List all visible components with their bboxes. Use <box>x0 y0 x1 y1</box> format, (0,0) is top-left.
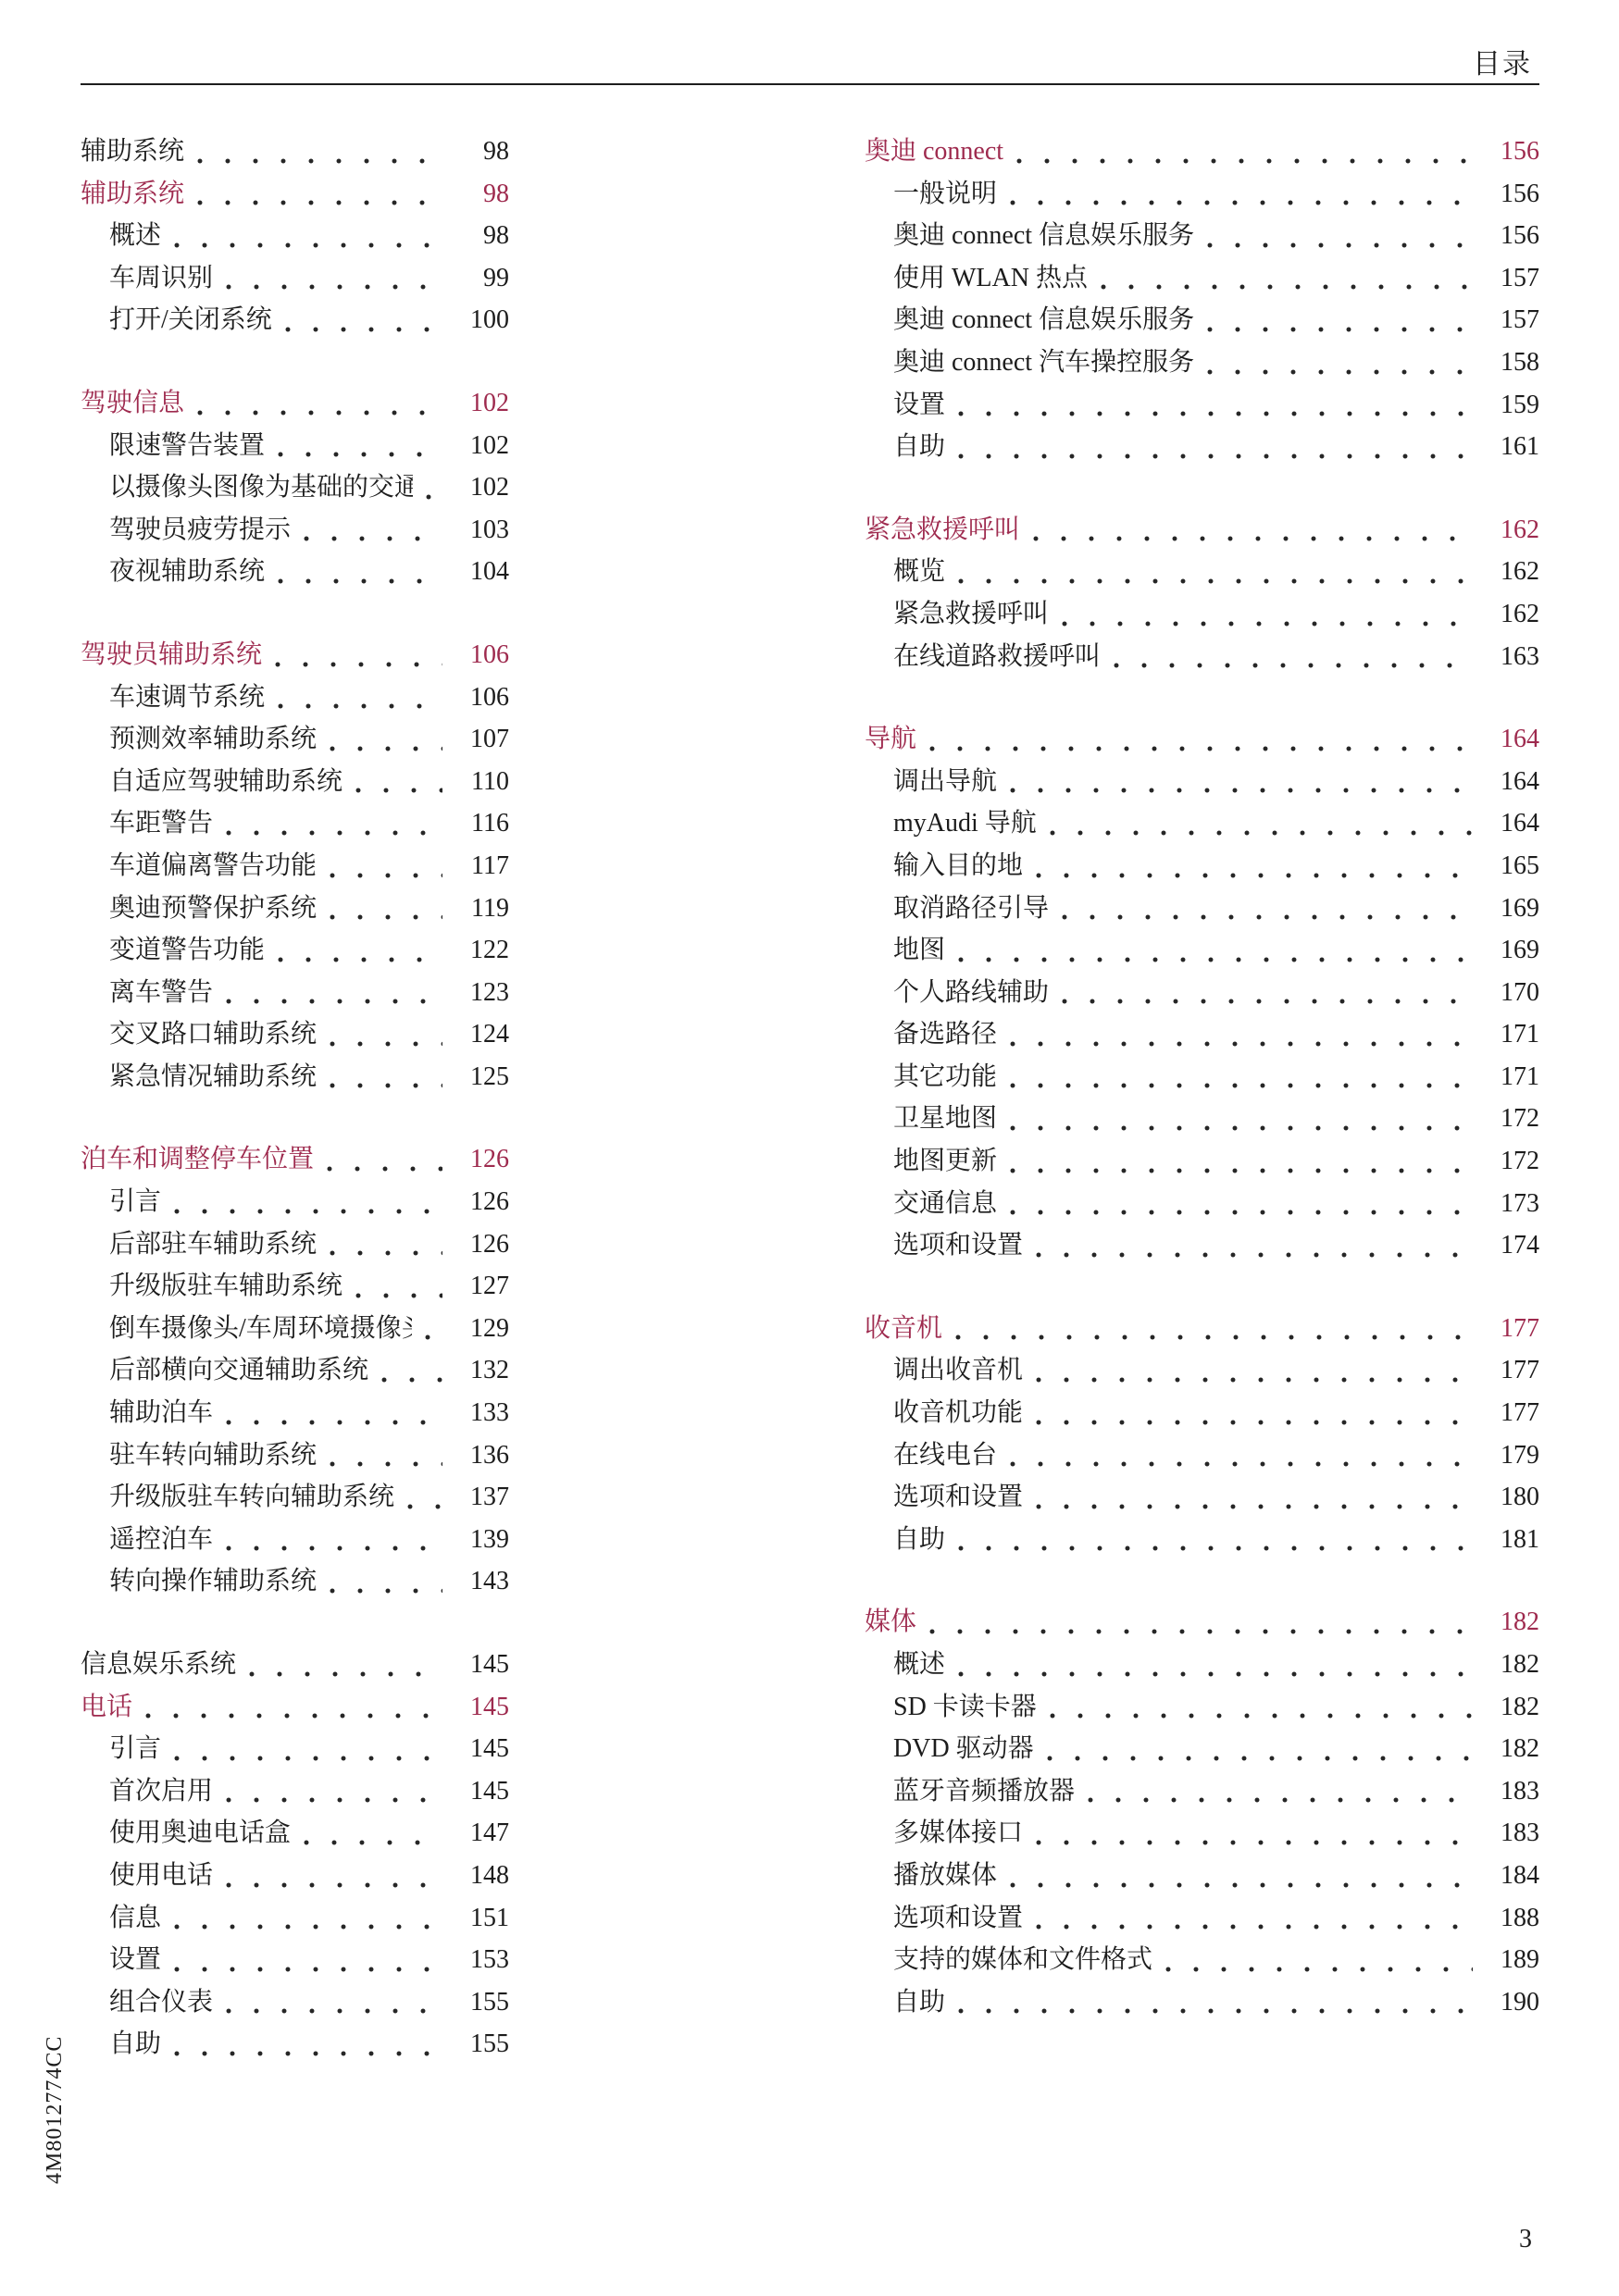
toc-entry: 车道偏离警告功能117 <box>81 845 509 887</box>
dot-leader <box>278 452 442 457</box>
dot-leader <box>1036 1252 1473 1258</box>
dot-leader <box>174 1924 442 1930</box>
toc-entry-label: 转向操作辅助系统 <box>109 1560 317 1603</box>
toc-entry-page: 183 <box>1482 1812 1539 1855</box>
dot-leader <box>1010 1210 1473 1215</box>
toc-entry-label: 概述 <box>893 1644 945 1686</box>
toc-entry: 支持的媒体和文件格式189 <box>865 1939 1539 1981</box>
toc-entry: 备选路径171 <box>865 1013 1539 1056</box>
toc-entry: DVD 驱动器182 <box>865 1728 1539 1770</box>
toc-entry-label: 车周识别 <box>109 257 213 300</box>
toc-entry: 倒车摄像头/车周环境摄像头129 <box>81 1308 509 1350</box>
toc-entry-page: 155 <box>452 2023 509 2066</box>
toc-entry: 引言145 <box>81 1728 509 1770</box>
toc-entry-page: 122 <box>452 929 509 972</box>
toc-entry: 自适应驾驶辅助系统110 <box>81 761 509 803</box>
toc-entry-label: 交通信息 <box>893 1183 997 1225</box>
dot-leader <box>226 1545 442 1551</box>
toc-entry-label: SD 卡读卡器 <box>893 1686 1037 1729</box>
toc-entry: 地图更新172 <box>865 1140 1539 1183</box>
toc-entry-page: 125 <box>452 1056 509 1098</box>
toc-entry: 驾驶信息102 <box>81 382 509 425</box>
toc-entry-page: 183 <box>1482 1770 1539 1813</box>
toc-entry: 设置153 <box>81 1939 509 1981</box>
toc-entry-label: 后部驻车辅助系统 <box>109 1223 317 1266</box>
toc-entry-page: 184 <box>1482 1855 1539 1897</box>
toc-entry-page: 145 <box>452 1728 509 1770</box>
toc-entry: 媒体182 <box>865 1601 1539 1644</box>
toc-entry-page: 145 <box>452 1644 509 1686</box>
dot-leader <box>330 746 442 751</box>
toc-entry: 变道警告功能122 <box>81 929 509 972</box>
toc-entry-page: 162 <box>1482 551 1539 593</box>
toc-entry-label: 选项和设置 <box>893 1476 1023 1519</box>
toc-entry: 奥迪 connect 汽车操控服务158 <box>865 341 1539 384</box>
toc-entry: 收音机功能177 <box>865 1392 1539 1434</box>
toc-entry-label: 驾驶信息 <box>81 382 184 425</box>
dot-leader <box>1033 536 1473 541</box>
toc-entry-page: 181 <box>1482 1519 1539 1561</box>
toc-entry: 在线道路救援呼叫163 <box>865 636 1539 678</box>
toc-entry-page: 159 <box>1482 384 1539 427</box>
dot-leader <box>1207 369 1473 375</box>
toc-entry: 自助181 <box>865 1519 1539 1561</box>
toc-entry: 引言126 <box>81 1181 509 1223</box>
toc-entry-label: 调出导航 <box>893 761 997 803</box>
toc-entry-page: 110 <box>452 761 509 803</box>
toc-entry-label: 自助 <box>893 1981 945 2024</box>
toc-entry-page: 147 <box>452 1812 509 1855</box>
toc-group: 媒体182概述182SD 卡读卡器182DVD 驱动器182蓝牙音频播放器183… <box>865 1601 1539 2023</box>
toc-entry-label: 使用电话 <box>109 1855 213 1897</box>
dot-leader <box>1050 830 1473 836</box>
toc-entry: 奥迪 connect156 <box>865 130 1539 173</box>
toc-entry: 播放媒体184 <box>865 1855 1539 1897</box>
toc-entry: 车速调节系统106 <box>81 676 509 719</box>
toc-entry-page: 188 <box>1482 1897 1539 1940</box>
toc-entry-page: 162 <box>1482 509 1539 552</box>
toc-entry-label: 信息娱乐系统 <box>81 1644 236 1686</box>
toc-entry-page: 99 <box>452 257 509 300</box>
toc-entry-page: 102 <box>452 425 509 467</box>
toc-group: 驾驶信息102限速警告装置102以摄像头图像为基础的交通标志识别102驾驶员疲劳… <box>81 382 509 593</box>
toc-column-right: 奥迪 connect156一般说明156奥迪 connect 信息娱乐服务156… <box>865 130 1539 2023</box>
toc-entry-page: 129 <box>452 1308 509 1350</box>
toc-entry: 车周识别99 <box>81 257 509 300</box>
dot-leader <box>1010 200 1473 205</box>
toc-entry: 离车警告123 <box>81 972 509 1014</box>
dot-leader <box>275 662 442 667</box>
dot-leader <box>1165 1967 1473 1972</box>
toc-entry-label: 限速警告装置 <box>109 425 265 467</box>
dot-leader <box>330 873 442 878</box>
dot-leader <box>304 1840 442 1845</box>
toc-entry-page: 172 <box>1482 1098 1539 1140</box>
toc-entry-label: 选项和设置 <box>893 1224 1023 1267</box>
dot-leader <box>1114 663 1473 668</box>
toc-entry: 交通信息173 <box>865 1183 1539 1225</box>
toc-entry: 自助155 <box>81 2023 509 2066</box>
dot-leader <box>197 410 442 416</box>
toc-entry: 其它功能171 <box>865 1056 1539 1098</box>
dot-leader <box>958 578 1473 584</box>
toc-entry-page: 151 <box>452 1897 509 1940</box>
toc-entry-page: 174 <box>1482 1224 1539 1267</box>
toc-entry: 以摄像头图像为基础的交通标志识别102 <box>81 466 509 509</box>
toc-entry-page: 127 <box>452 1265 509 1308</box>
toc-entry-label: 地图 <box>893 929 945 972</box>
toc-entry: 使用 WLAN 热点157 <box>865 257 1539 300</box>
toc-entry-label: 概述 <box>109 215 161 257</box>
toc-entry-label: 引言 <box>109 1728 161 1770</box>
toc-entry-page: 170 <box>1482 972 1539 1014</box>
dot-leader <box>174 1967 442 1972</box>
toc-entry-label: 地图更新 <box>893 1140 997 1183</box>
toc-entry-label: 使用奥迪电话盒 <box>109 1812 291 1855</box>
toc-entry-label: 紧急救援呼叫 <box>893 593 1049 636</box>
toc-entry-label: 奥迪 connect <box>865 130 1003 173</box>
toc-entry: 驾驶员疲劳提示103 <box>81 509 509 552</box>
toc-entry-page: 189 <box>1482 1939 1539 1981</box>
toc-entry-label: 辅助泊车 <box>109 1392 213 1434</box>
toc-group: 辅助系统98辅助系统98概述98车周识别99打开/关闭系统100 <box>81 130 509 341</box>
toc-entry-page: 180 <box>1482 1476 1539 1519</box>
dot-leader <box>958 957 1473 962</box>
toc-entry: SD 卡读卡器182 <box>865 1686 1539 1729</box>
dot-leader <box>304 536 442 541</box>
toc-entry-page: 145 <box>452 1770 509 1813</box>
toc-entry: 设置159 <box>865 384 1539 427</box>
toc-entry-label: 一般说明 <box>893 173 997 216</box>
toc-entry-label: 首次启用 <box>109 1770 213 1813</box>
dot-leader <box>1047 1756 1473 1761</box>
dot-leader <box>197 158 442 164</box>
toc-entry: 辅助系统98 <box>81 130 509 173</box>
toc-entry-page: 165 <box>1482 845 1539 887</box>
toc-entry-label: 驾驶员辅助系统 <box>81 634 262 676</box>
toc-entry-label: 信息 <box>109 1897 161 1940</box>
toc-entry: 地图169 <box>865 929 1539 972</box>
toc-entry-label: 收音机功能 <box>893 1392 1023 1434</box>
toc-entry-page: 132 <box>452 1349 509 1392</box>
toc-entry-label: 引言 <box>109 1181 161 1223</box>
dot-leader <box>407 1504 442 1509</box>
dot-leader <box>330 1083 442 1088</box>
toc-entry-page: 182 <box>1482 1686 1539 1729</box>
toc-page: 目录 辅助系统98辅助系统98概述98车周识别99打开/关闭系统100驾驶信息1… <box>0 0 1619 2296</box>
toc-entry-page: 98 <box>452 215 509 257</box>
toc-entry-page: 153 <box>452 1939 509 1981</box>
toc-entry-label: 播放媒体 <box>893 1855 997 1897</box>
toc-entry-page: 119 <box>452 887 509 930</box>
toc-entry-page: 155 <box>452 1981 509 2024</box>
toc-entry: myAudi 导航164 <box>865 802 1539 845</box>
dot-leader <box>958 1545 1473 1551</box>
toc-entry: 选项和设置174 <box>865 1224 1539 1267</box>
toc-entry-label: 使用 WLAN 热点 <box>893 257 1088 300</box>
toc-entry-page: 116 <box>452 802 509 845</box>
toc-entry: 奥迪 connect 信息娱乐服务157 <box>865 299 1539 341</box>
toc-entry: 概述182 <box>865 1644 1539 1686</box>
toc-entry-label: 交叉路口辅助系统 <box>109 1013 317 1056</box>
toc-entry-page: 164 <box>1482 761 1539 803</box>
toc-entry-page: 123 <box>452 972 509 1014</box>
toc-entry-label: 自助 <box>893 1519 945 1561</box>
toc-entry-page: 126 <box>452 1181 509 1223</box>
toc-entry: 选项和设置180 <box>865 1476 1539 1519</box>
dot-leader <box>929 746 1473 751</box>
toc-entry-label: 升级版驻车转向辅助系统 <box>109 1476 394 1519</box>
dot-leader <box>330 1588 442 1594</box>
toc-entry-label: 在线道路救援呼叫 <box>893 636 1101 678</box>
dot-leader <box>174 1209 442 1214</box>
toc-entry: 选项和设置188 <box>865 1897 1539 1940</box>
toc-entry-label: 倒车摄像头/车周环境摄像头 <box>109 1308 412 1350</box>
toc-entry-page: 102 <box>452 382 509 425</box>
dot-leader <box>1088 1797 1473 1803</box>
toc-entry-page: 177 <box>1482 1349 1539 1392</box>
toc-entry-label: 组合仪表 <box>109 1981 213 2024</box>
toc-entry: 紧急情况辅助系统125 <box>81 1056 509 1098</box>
dot-leader <box>355 1293 442 1298</box>
toc-entry: 辅助系统98 <box>81 173 509 216</box>
toc-entry-page: 136 <box>452 1434 509 1477</box>
toc-entry-label: 概览 <box>893 551 945 593</box>
toc-entry-page: 148 <box>452 1855 509 1897</box>
toc-entry-page: 102 <box>452 466 509 509</box>
toc-entry-page: 162 <box>1482 593 1539 636</box>
toc-group: 信息娱乐系统145电话145引言145首次启用145使用奥迪电话盒147使用电话… <box>81 1644 509 2066</box>
dot-leader <box>1010 788 1473 793</box>
dot-leader <box>327 1166 442 1172</box>
dot-leader <box>174 2051 442 2056</box>
dot-leader <box>958 1671 1473 1677</box>
dot-leader <box>278 578 442 584</box>
toc-entry-label: 紧急情况辅助系统 <box>109 1056 317 1098</box>
toc-entry: 概览162 <box>865 551 1539 593</box>
dot-leader <box>330 914 442 920</box>
toc-entry-label: 自适应驾驶辅助系统 <box>109 761 342 803</box>
toc-entry: 泊车和调整停车位置126 <box>81 1138 509 1181</box>
toc-entry-page: 164 <box>1482 718 1539 761</box>
dot-leader <box>1062 621 1473 627</box>
toc-entry-page: 100 <box>452 299 509 341</box>
toc-entry-page: 143 <box>452 1560 509 1603</box>
toc-entry-page: 169 <box>1482 887 1539 930</box>
toc-entry-label: 离车警告 <box>109 972 213 1014</box>
toc-entry: 输入目的地165 <box>865 845 1539 887</box>
toc-entry: 使用奥迪电话盒147 <box>81 1812 509 1855</box>
dot-leader <box>355 788 442 793</box>
dot-leader <box>1050 1713 1473 1719</box>
toc-group: 导航164调出导航164myAudi 导航164输入目的地165取消路径引导16… <box>865 718 1539 1267</box>
toc-entry-label: 设置 <box>893 384 945 427</box>
toc-entry-page: 145 <box>452 1686 509 1729</box>
page-title: 目录 <box>81 41 1532 81</box>
toc-entry-label: 预测效率辅助系统 <box>109 718 317 761</box>
toc-entry: 信息151 <box>81 1897 509 1940</box>
toc-entry-label: 升级版驻车辅助系统 <box>109 1265 342 1308</box>
toc-entry-label: 驻车转向辅助系统 <box>109 1434 317 1477</box>
toc-entry-label: 备选路径 <box>893 1013 997 1056</box>
toc-entry-label: 辅助系统 <box>81 173 184 216</box>
dot-leader <box>1036 873 1473 878</box>
toc-entry-page: 190 <box>1482 1981 1539 2024</box>
toc-entry-page: 133 <box>452 1392 509 1434</box>
toc-group: 泊车和调整停车位置126引言126后部驻车辅助系统126升级版驻车辅助系统127… <box>81 1138 509 1603</box>
toc-group: 驾驶员辅助系统106车速调节系统106预测效率辅助系统107自适应驾驶辅助系统1… <box>81 634 509 1098</box>
toc-entry: 紧急救援呼叫162 <box>865 509 1539 552</box>
toc-entry-page: 157 <box>1482 257 1539 300</box>
toc-entry: 后部驻车辅助系统126 <box>81 1223 509 1266</box>
dot-leader <box>1010 1168 1473 1173</box>
toc-entry-label: 取消路径引导 <box>893 887 1049 930</box>
dot-leader <box>958 411 1473 416</box>
toc-entry-label: 泊车和调整停车位置 <box>81 1138 314 1181</box>
dot-leader <box>1010 1041 1473 1047</box>
toc-entry-page: 98 <box>452 130 509 173</box>
toc-entry-label: 夜视辅助系统 <box>109 551 265 593</box>
toc-entry: 自助190 <box>865 1981 1539 2024</box>
toc-entry-label: 设置 <box>109 1939 161 1981</box>
toc-entry: 升级版驻车转向辅助系统137 <box>81 1476 509 1519</box>
toc-entry: 一般说明156 <box>865 173 1539 216</box>
dot-leader <box>1036 1840 1473 1845</box>
toc-entry: 遥控泊车139 <box>81 1519 509 1561</box>
toc-column-left: 辅助系统98辅助系统98概述98车周识别99打开/关闭系统100驾驶信息102限… <box>81 130 509 2066</box>
toc-entry-page: 164 <box>1482 802 1539 845</box>
toc-entry-label: 奥迪 connect 信息娱乐服务 <box>893 299 1194 341</box>
toc-entry-label: 多媒体接口 <box>893 1812 1023 1855</box>
toc-entry: 概述98 <box>81 215 509 257</box>
toc-entry: 驾驶员辅助系统106 <box>81 634 509 676</box>
toc-entry: 蓝牙音频播放器183 <box>865 1770 1539 1813</box>
toc-entry-page: 171 <box>1482 1056 1539 1098</box>
toc-entry-page: 172 <box>1482 1140 1539 1183</box>
page-number: 3 <box>81 2225 1532 2254</box>
document-code: 4M8012774CC <box>43 2036 68 2184</box>
dot-leader <box>425 1334 442 1340</box>
dot-leader <box>285 327 442 332</box>
toc-entry-page: 157 <box>1482 299 1539 341</box>
toc-entry-label: 自助 <box>893 426 945 468</box>
toc-entry-label: 奥迪 connect 汽车操控服务 <box>893 341 1194 384</box>
dot-leader <box>1207 327 1473 332</box>
dot-leader <box>1036 1924 1473 1930</box>
toc-entry: 奥迪 connect 信息娱乐服务156 <box>865 215 1539 257</box>
toc-entry: 夜视辅助系统104 <box>81 551 509 593</box>
toc-entry: 信息娱乐系统145 <box>81 1644 509 1686</box>
toc-entry: 驻车转向辅助系统136 <box>81 1434 509 1477</box>
toc-entry-label: 车速调节系统 <box>109 676 265 719</box>
toc-entry-page: 182 <box>1482 1601 1539 1644</box>
toc-entry: 调出收音机177 <box>865 1349 1539 1392</box>
dot-leader <box>1036 1504 1473 1509</box>
toc-entry: 交叉路口辅助系统124 <box>81 1013 509 1056</box>
toc-entry-page: 179 <box>1482 1434 1539 1477</box>
toc-entry: 辅助泊车133 <box>81 1392 509 1434</box>
toc-entry-label: 奥迪预警保护系统 <box>109 887 317 930</box>
toc-entry: 在线电台179 <box>865 1434 1539 1477</box>
dot-leader <box>278 957 442 962</box>
dot-leader <box>1207 242 1473 248</box>
dot-leader <box>929 1629 1473 1634</box>
dot-leader <box>174 242 442 248</box>
toc-entry-page: 156 <box>1482 173 1539 216</box>
toc-entry-page: 156 <box>1482 130 1539 173</box>
toc-entry-page: 169 <box>1482 929 1539 972</box>
dot-leader <box>1016 158 1473 164</box>
toc-entry-page: 106 <box>452 676 509 719</box>
toc-entry-page: 103 <box>452 509 509 552</box>
dot-leader <box>330 1250 442 1256</box>
toc-entry: 升级版驻车辅助系统127 <box>81 1265 509 1308</box>
toc-entry: 转向操作辅助系统143 <box>81 1560 509 1603</box>
toc-entry: 后部横向交通辅助系统132 <box>81 1349 509 1392</box>
toc-entry: 奥迪预警保护系统119 <box>81 887 509 930</box>
toc-entry-page: 182 <box>1482 1728 1539 1770</box>
dot-leader <box>226 284 442 290</box>
dot-leader <box>226 1882 442 1888</box>
dot-leader <box>330 1041 442 1047</box>
toc-group: 紧急救援呼叫162概览162紧急救援呼叫162在线道路救援呼叫163 <box>865 509 1539 677</box>
dot-leader <box>1010 1125 1473 1131</box>
toc-entry-label: 变道警告功能 <box>109 929 265 972</box>
toc-entry-label: 其它功能 <box>893 1056 997 1098</box>
toc-entry: 收音机177 <box>865 1308 1539 1350</box>
toc-entry-page: 126 <box>452 1223 509 1266</box>
toc-entry-label: 以摄像头图像为基础的交通标志识别 <box>109 466 413 509</box>
toc-entry-page: 137 <box>452 1476 509 1519</box>
toc-entry-page: 171 <box>1482 1013 1539 1056</box>
dot-leader <box>1010 1882 1473 1888</box>
toc-entry: 预测效率辅助系统107 <box>81 718 509 761</box>
dot-leader <box>1062 914 1473 920</box>
toc-entry-label: 打开/关闭系统 <box>109 299 272 341</box>
dot-leader <box>426 494 442 500</box>
dot-leader <box>1101 284 1473 290</box>
toc-entry-page: 126 <box>452 1138 509 1181</box>
dot-leader <box>197 200 442 205</box>
toc-entry: 紧急救援呼叫162 <box>865 593 1539 636</box>
toc-entry: 自助161 <box>865 426 1539 468</box>
dot-leader <box>955 1334 1473 1340</box>
toc-entry: 导航164 <box>865 718 1539 761</box>
dot-leader <box>278 703 442 709</box>
dot-leader <box>958 453 1473 459</box>
toc-entry: 取消路径引导169 <box>865 887 1539 930</box>
toc-entry-page: 156 <box>1482 215 1539 257</box>
toc-entry: 使用电话148 <box>81 1855 509 1897</box>
toc-entry-label: 在线电台 <box>893 1434 997 1477</box>
toc-entry-label: 电话 <box>81 1686 132 1729</box>
toc-entry-label: 导航 <box>865 718 916 761</box>
dot-leader <box>330 1461 442 1467</box>
dot-leader <box>1036 1377 1473 1383</box>
toc-entry: 多媒体接口183 <box>865 1812 1539 1855</box>
dot-leader <box>226 999 442 1004</box>
toc-entry-label: 车道偏离警告功能 <box>109 845 317 887</box>
toc-entry-label: DVD 驱动器 <box>893 1728 1034 1770</box>
toc-entry-label: 媒体 <box>865 1601 916 1644</box>
toc-entry-label: 遥控泊车 <box>109 1519 213 1561</box>
toc-group: 奥迪 connect156一般说明156奥迪 connect 信息娱乐服务156… <box>865 130 1539 468</box>
toc-entry-page: 161 <box>1482 426 1539 468</box>
dot-leader <box>226 1420 442 1425</box>
toc-entry-page: 104 <box>452 551 509 593</box>
toc-entry-page: 117 <box>452 845 509 887</box>
toc-entry-page: 182 <box>1482 1644 1539 1686</box>
